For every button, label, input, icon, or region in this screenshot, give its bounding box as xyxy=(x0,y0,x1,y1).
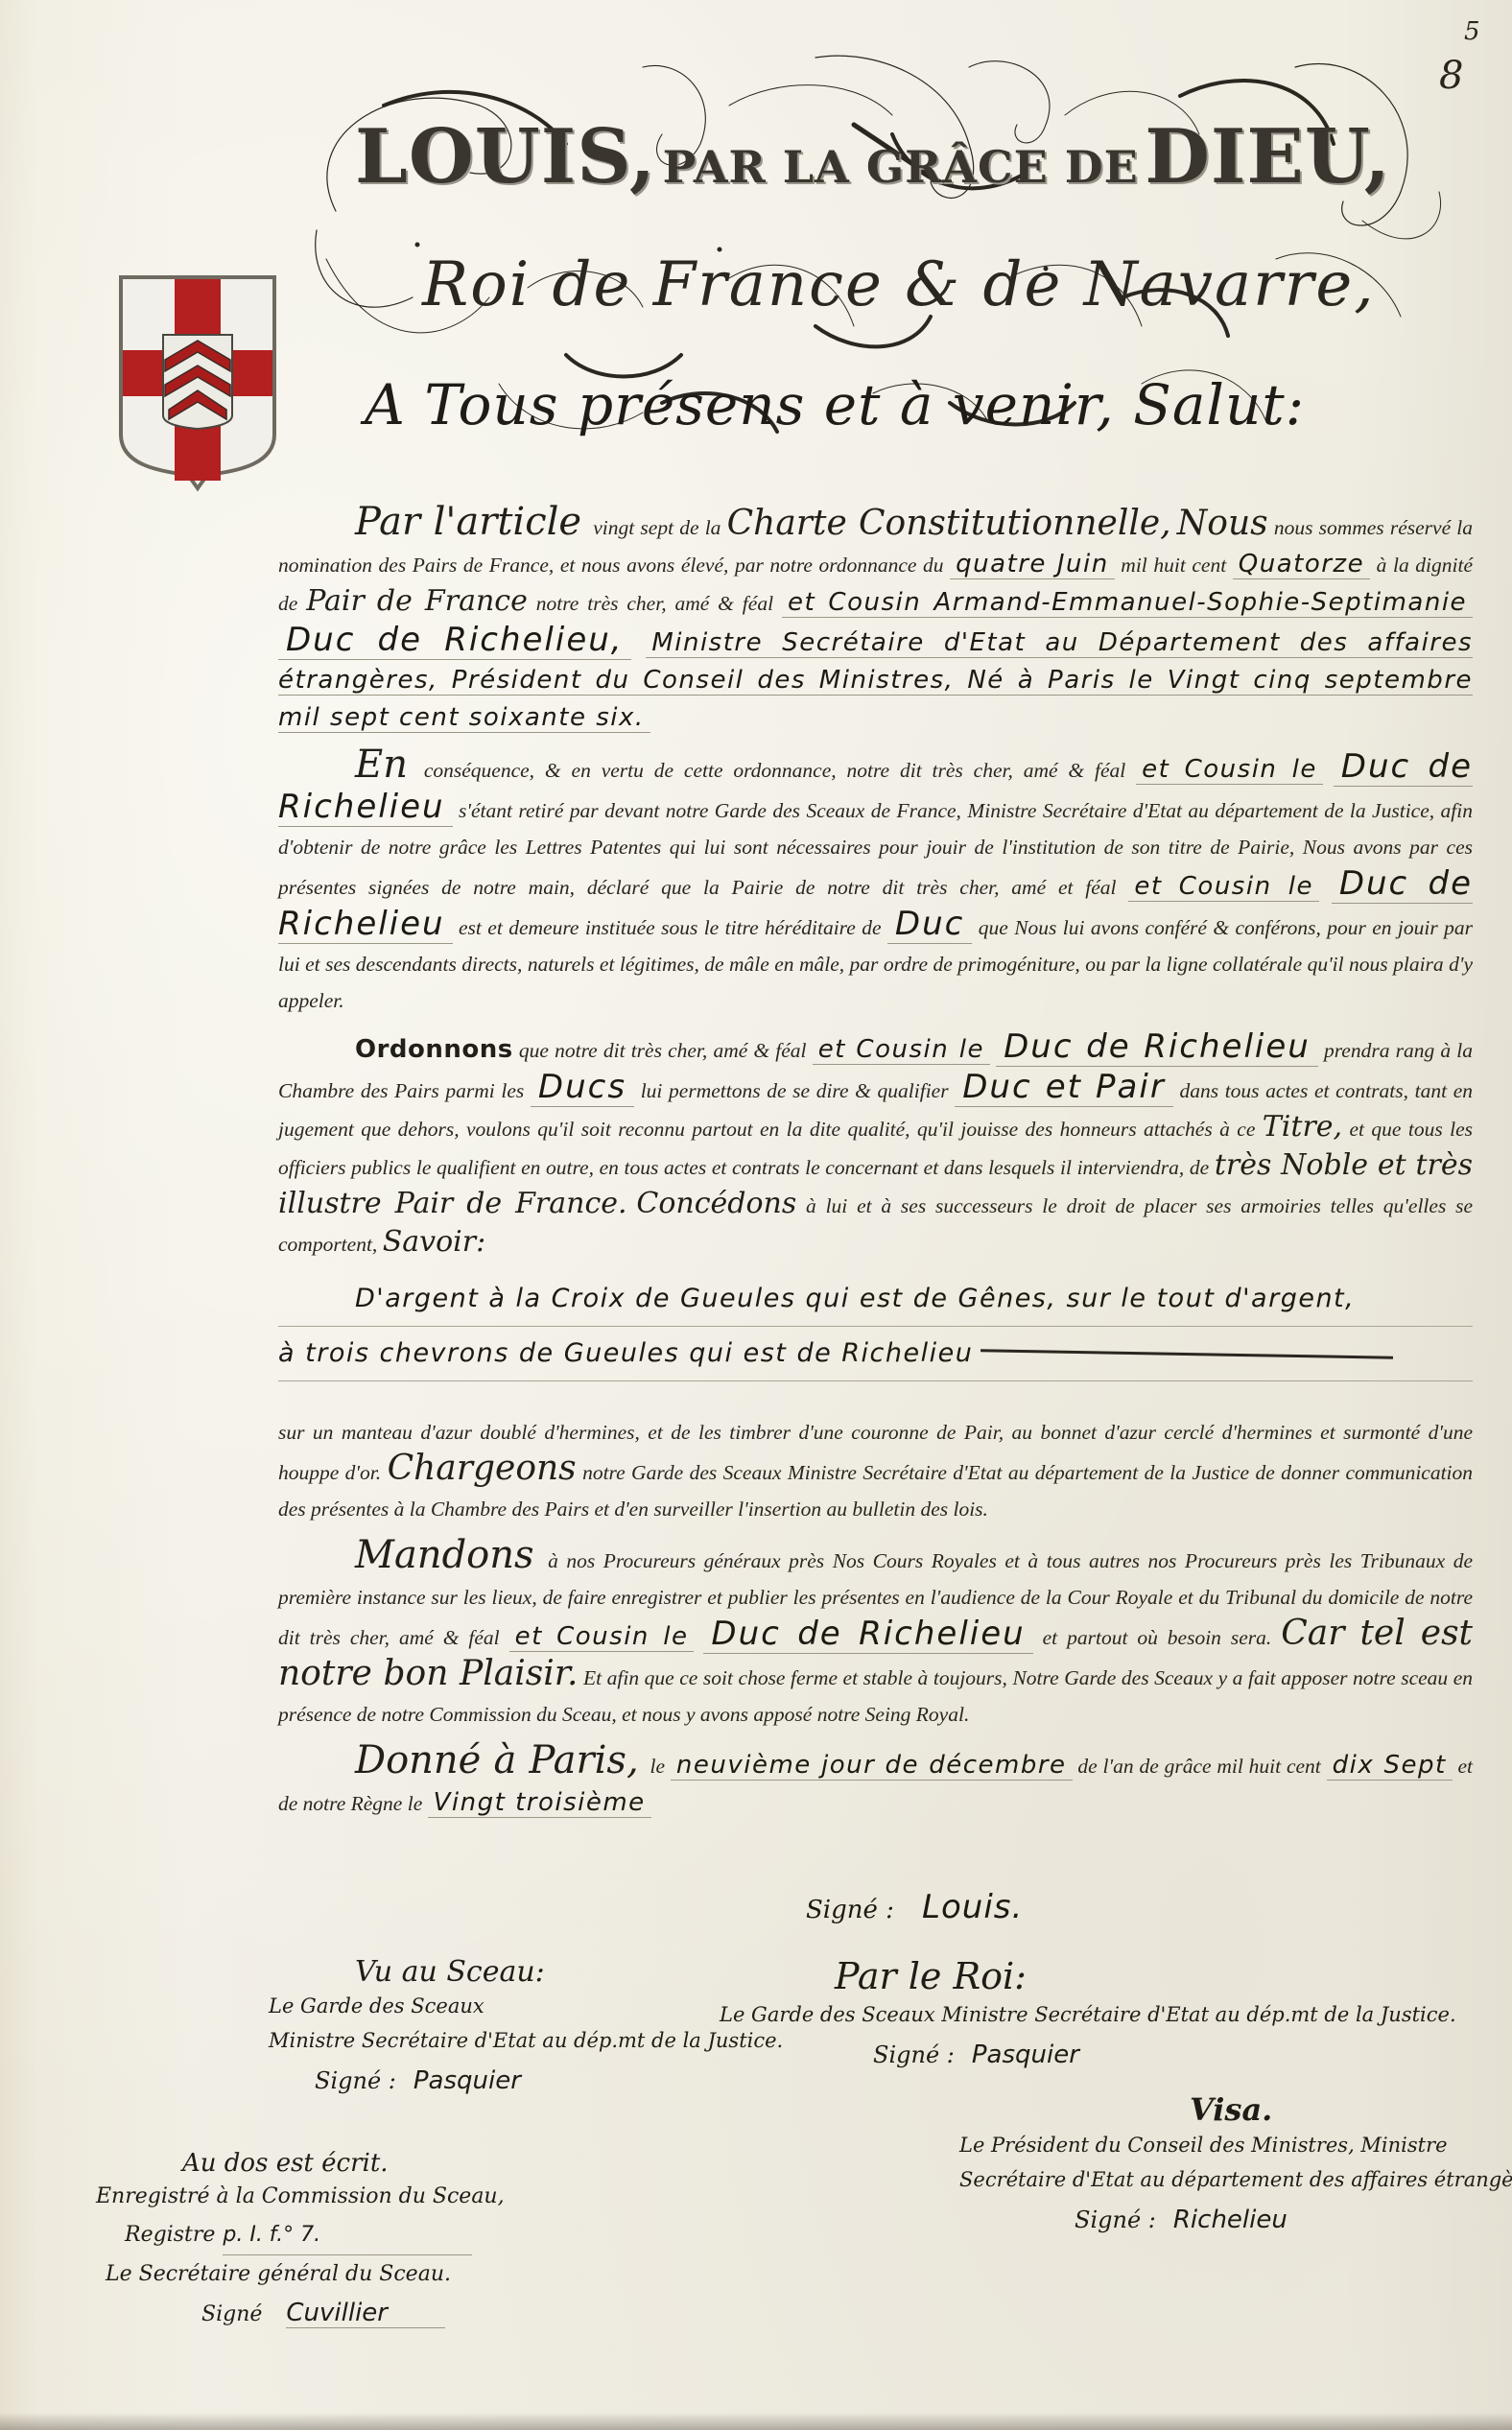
filled-reign-year: Vingt troisième xyxy=(428,1788,651,1818)
registre-value: p. I. f.° 7. xyxy=(223,2216,472,2255)
coat-of-arms-icon xyxy=(115,271,280,492)
filled-grantee-title: Duc de Richelieu, xyxy=(278,621,631,660)
royal-subtitle: Roi de France & de Navarre, xyxy=(422,249,1477,320)
paragraph-chargeons: sur un manteau d'azur doublé d'hermines,… xyxy=(278,1414,1473,1527)
filled-hereditary-title: Duc xyxy=(887,905,972,944)
salutation: A Tous présens et à venir, Salut: xyxy=(365,372,1420,437)
filled-issue-date: neuvième jour de décembre xyxy=(671,1751,1073,1781)
document-body: Par l'article vingt sept de la Charte Co… xyxy=(278,504,1473,1831)
paragraph-consequence: En conséquence, & en vertu de cette ordo… xyxy=(278,746,1473,1019)
letters-patent-page: 5 8 LOUIS, PAR LA GRÂCE xyxy=(0,0,1512,2430)
filled-date-day: quatre Juin xyxy=(950,550,1115,579)
paragraph-ordonnons: Ordonnons que notre dit très cher, amé &… xyxy=(278,1028,1473,1262)
blazon-description: D'argent à la Croix de Gueules qui est d… xyxy=(278,1272,1473,1381)
filled-date-year: Quatorze xyxy=(1233,550,1370,579)
au-dos-registration-block: Au dos est écrit. Enregistré à la Commis… xyxy=(96,2149,505,2334)
filled-grantee-name: et Cousin Armand-Emmanuel-Sophie-Septima… xyxy=(782,588,1473,618)
vu-au-sceau-block: Vu au Sceau: Le Garde des Sceaux Ministr… xyxy=(269,1955,783,2104)
title-louis: LOUIS, xyxy=(355,113,656,201)
royal-title: LOUIS, PAR LA GRÂCE DE DIEU, xyxy=(355,113,1429,201)
paragraph-preamble: Par l'article vingt sept de la Charte Co… xyxy=(278,504,1473,737)
visa-block: Visa. Le Président du Conseil des Minist… xyxy=(959,2091,1512,2243)
paragraph-donne: Donné à Paris, le neuvième jour de décem… xyxy=(278,1742,1473,1822)
paragraph-mandons: Mandons à nos Procureurs généraux près N… xyxy=(278,1537,1473,1733)
blazon-line-2: à trois chevrons de Gueules qui est de R… xyxy=(278,1327,1473,1381)
par-le-roi-block: Par le Roi: Le Garde des Sceaux Ministre… xyxy=(720,1955,1456,2078)
title-dieu: DIEU, xyxy=(1145,113,1391,201)
king-signature: Signé : Louis. xyxy=(806,1888,1023,1926)
closing-dash xyxy=(980,1349,1393,1359)
title-par-la-grace: PAR LA GRÂCE DE xyxy=(663,141,1139,193)
charte-constitutionnelle: Charte Constitutionnelle, xyxy=(727,504,1171,543)
blazon-line-1: D'argent à la Croix de Gueules qui est d… xyxy=(278,1272,1473,1327)
filled-issue-year: dix Sept xyxy=(1327,1751,1453,1781)
